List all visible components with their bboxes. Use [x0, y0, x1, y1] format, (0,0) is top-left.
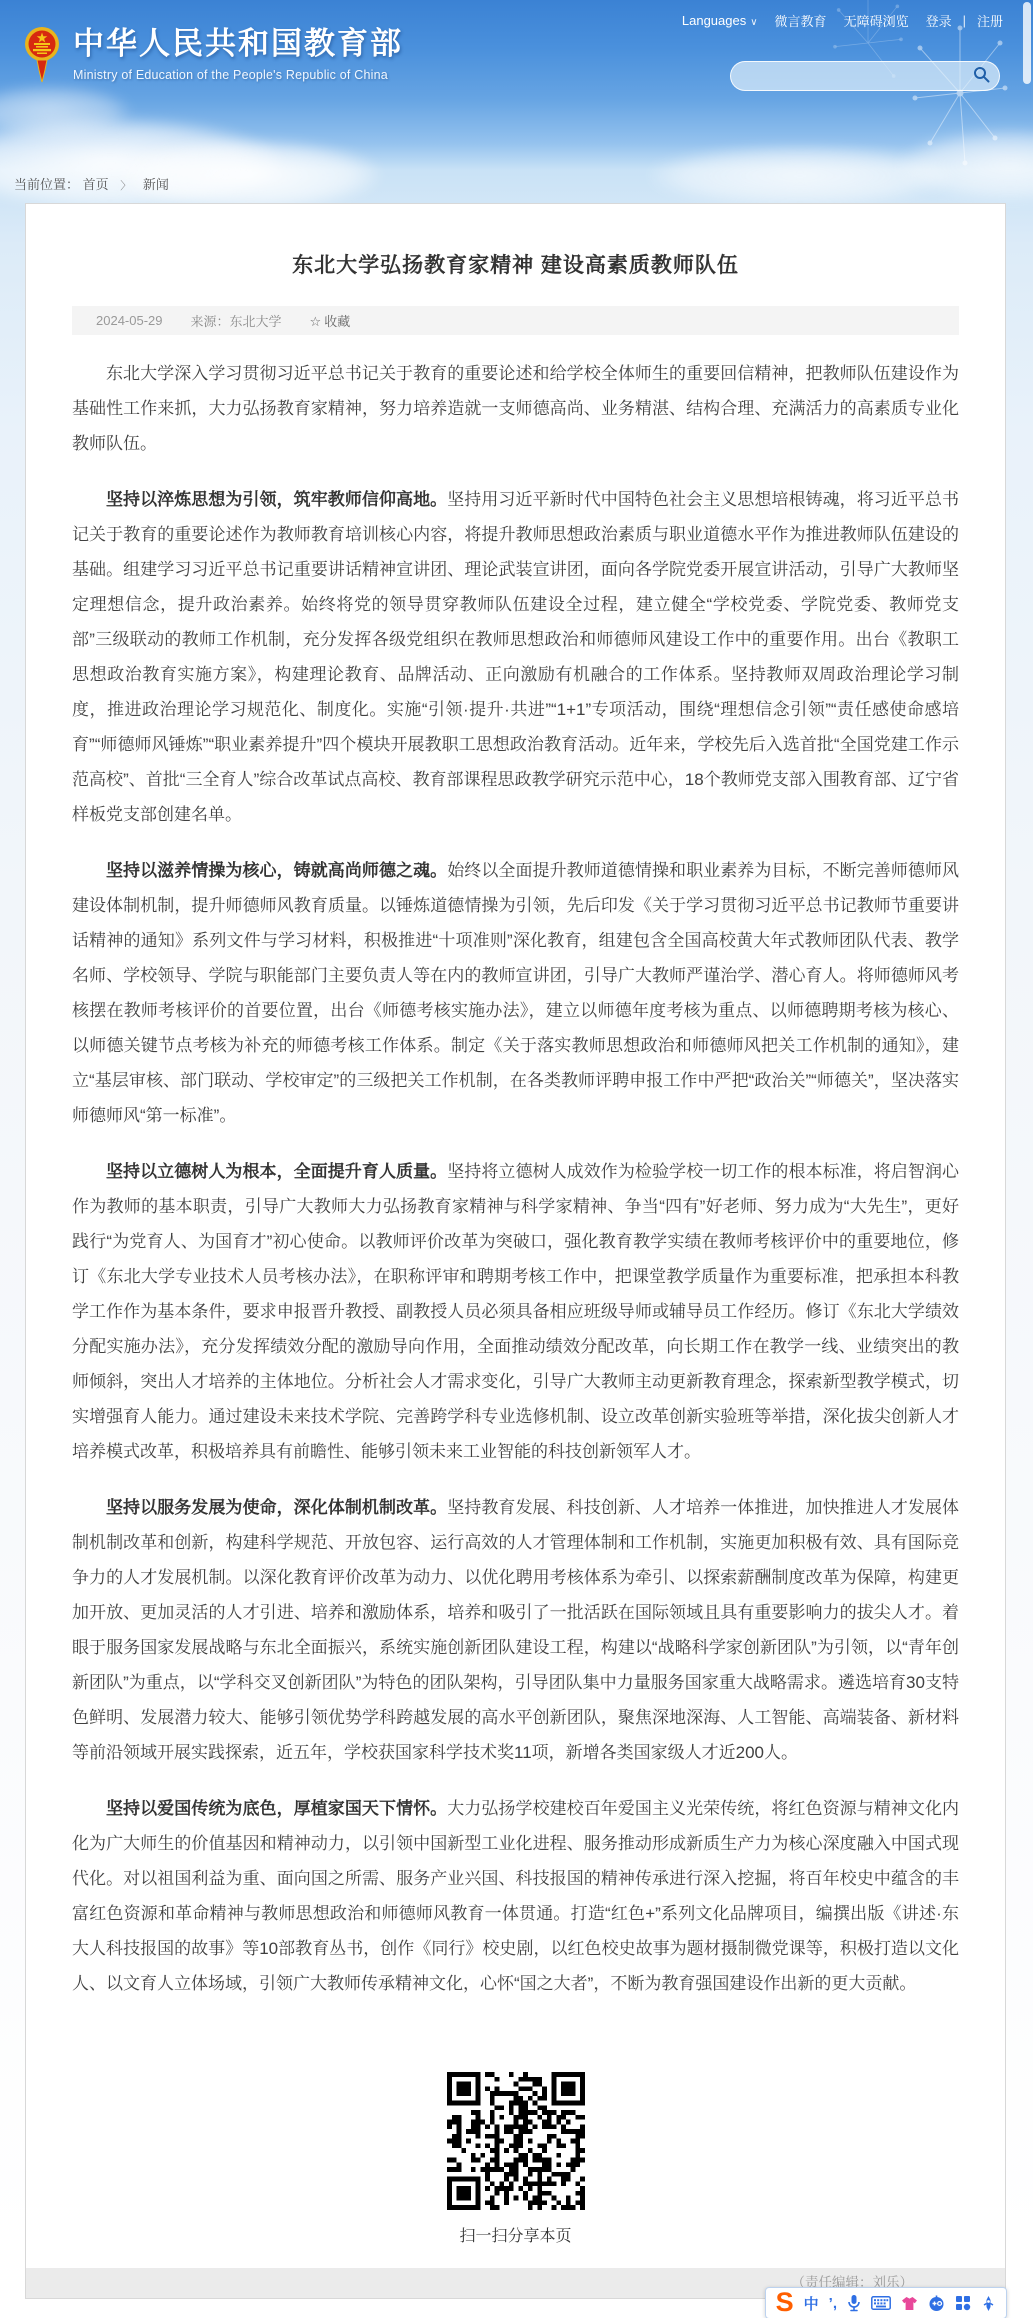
search-button[interactable]	[969, 63, 999, 89]
weiyan-education-link[interactable]: 微言教育	[775, 11, 827, 30]
top-utility-nav: Languages∨ 微言教育 无障碍浏览 登录 | 注册	[682, 11, 1003, 30]
search-input[interactable]	[743, 63, 969, 89]
qr-code	[447, 2072, 585, 2210]
article-container: 东北大学弘扬教育家精神 建设高素质教师队伍 2024-05-29 来源：东北大学…	[25, 203, 1006, 2299]
article-title: 东北大学弘扬教育家精神 建设高素质教师队伍	[26, 204, 1005, 279]
chevron-down-icon: ∨	[750, 17, 757, 28]
paragraph-lead: 坚持以爱国传统为底色，厚植家国天下情怀。	[106, 1799, 447, 1818]
national-emblem-logo	[24, 26, 60, 84]
article-source: 来源：东北大学	[191, 311, 282, 330]
breadcrumb-separator-icon: 〉	[120, 180, 131, 192]
chinese-mode-icon[interactable]: 中	[804, 2293, 819, 2314]
keyboard-icon[interactable]	[871, 2296, 891, 2310]
breadcrumb-label: 当前位置：	[14, 177, 79, 192]
qr-caption: 扫一扫分享本页	[26, 2223, 1005, 2246]
breadcrumb-home[interactable]: 首页	[83, 177, 109, 192]
apps-grid-icon[interactable]	[955, 2295, 971, 2311]
languages-menu[interactable]: Languages∨	[682, 13, 758, 28]
paragraph-lead: 坚持以立德树人为根本，全面提升育人质量。	[106, 1162, 447, 1181]
site-logo[interactable]: 中华人民共和国教育部 Ministry of Education of the …	[24, 26, 403, 84]
skin-tshirt-icon[interactable]	[901, 2296, 918, 2311]
register-link[interactable]: 注册	[977, 11, 1003, 30]
login-link[interactable]: 登录	[926, 11, 952, 30]
favorite-button[interactable]: ☆收藏	[310, 311, 351, 330]
paragraph-lead: 坚持以淬炼思想为引领，筑牢教师信仰高地。	[106, 490, 447, 509]
sogou-logo-icon[interactable]: S	[776, 2289, 794, 2315]
site-header: Languages∨ 微言教育 无障碍浏览 登录 | 注册 中华人民共和国教育部…	[0, 0, 1033, 170]
article-paragraph: 坚持以淬炼思想为引领，筑牢教师信仰高地。坚持用习近平新时代中国特色社会主义思想培…	[72, 482, 959, 832]
article-paragraph: 坚持以滋养情操为核心，铸就高尚师德之魂。始终以全面提升教师道德情操和职业素养为目…	[72, 853, 959, 1133]
breadcrumb: 当前位置： 首页 〉 新闻	[14, 171, 169, 198]
star-icon: ☆	[310, 314, 322, 329]
article-meta-bar: 2024-05-29 来源：东北大学 ☆收藏	[72, 306, 959, 335]
article-date: 2024-05-29	[96, 313, 163, 328]
nav-divider: |	[963, 13, 966, 28]
article-paragraph: 坚持以立德树人为根本，全面提升育人质量。坚持将立德树人成效作为检验学校一切工作的…	[72, 1154, 959, 1469]
article-body: 东北大学深入学习贯彻习近平总书记关于教育的重要论述和给学校全体师生的重要回信精神…	[72, 356, 959, 2001]
dandelion-decoration	[905, 18, 1015, 168]
article-paragraph: 东北大学深入学习贯彻习近平总书记关于教育的重要论述和给学校全体师生的重要回信精神…	[72, 356, 959, 461]
ai-robot-icon[interactable]	[928, 2295, 945, 2312]
toolbox-icon[interactable]	[981, 2295, 996, 2312]
article-paragraph: 坚持以服务发展为使命，深化体制机制改革。坚持教育发展、科技创新、人才培养一体推进…	[72, 1490, 959, 1770]
punctuation-mode-icon[interactable]: ’,	[829, 2295, 837, 2312]
site-subtitle-en: Ministry of Education of the People's Re…	[73, 68, 403, 82]
search-icon	[973, 66, 990, 83]
article-paragraph: 坚持以爱国传统为底色，厚植家国天下情怀。大力弘扬学校建校百年爱国主义光荣传统，将…	[72, 1791, 959, 2001]
qr-share-block: 扫一扫分享本页	[26, 2072, 1005, 2246]
accessibility-link[interactable]: 无障碍浏览	[844, 11, 909, 30]
breadcrumb-current[interactable]: 新闻	[143, 177, 169, 192]
paragraph-lead: 坚持以滋养情操为核心，铸就高尚师德之魂。	[106, 861, 447, 880]
page: Languages∨ 微言教育 无障碍浏览 登录 | 注册 中华人民共和国教育部…	[0, 0, 1033, 2318]
site-title: 中华人民共和国教育部	[73, 26, 403, 62]
scrollbar-thumb[interactable]	[1023, 2, 1031, 84]
microphone-icon[interactable]	[847, 2294, 861, 2312]
ime-toolbar: S 中 ’,	[765, 2287, 1007, 2318]
search-box	[730, 61, 1000, 91]
paragraph-lead: 坚持以服务发展为使命，深化体制机制改革。	[106, 1498, 447, 1517]
